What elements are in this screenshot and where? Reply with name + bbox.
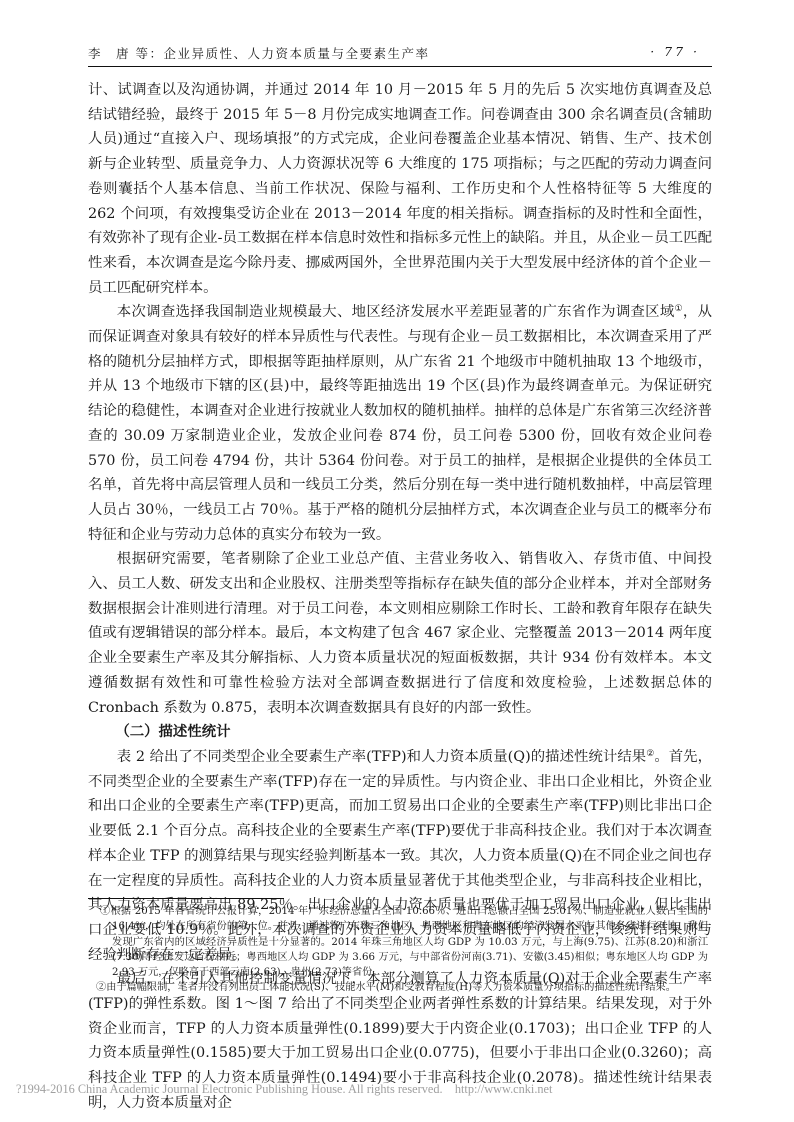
footnote-2: ②由于篇幅限制，笔者并没有列出员工体能状况(S)、技能水平(M)和受教育程度(H… [96, 980, 708, 995]
paragraph-sampling-lead: 本次调查选择我国制造业规模最大、地区经济发展水平差距显著的广东省作为调查区域 [117, 304, 675, 320]
page-number: · 77 · [650, 44, 700, 59]
cnki-link[interactable]: http://www.cnki.net [455, 1082, 553, 1096]
paragraph-descriptive-lead: 表 2 给出了不同类型企业全要素生产率(TFP)和人力资本质量(Q)的描述性统计… [117, 749, 646, 765]
footnote-rule [88, 898, 284, 899]
footnote-1: ①根据 2015 年各省统计公报计算，2014 年广东经济总量占全国 10.66… [100, 904, 708, 980]
footnote-1-marker: ① [100, 906, 110, 917]
paragraph-sampling-rest: ，从而保证调查对象具有较好的样本异质性与代表性。与现有企业－员工数据相比，本次调… [88, 304, 712, 542]
running-header: 李 唐 等：企业异质性、人力资本质量与全要素生产率 · 77 · [88, 44, 712, 64]
paragraph-sampling: 本次调查选择我国制造业规模最大、地区经济发展水平差距显著的广东省作为调查区域①，… [88, 300, 712, 547]
paragraph-survey-process: 计、试调查以及沟通协调，并通过 2014 年 10 月－2015 年 5 月的先… [88, 78, 712, 300]
footnote-1-text: 根据 2015 年各省统计公报计算，2014 年广东经济总量占全国 10.66％… [110, 906, 708, 978]
footnote-2-marker: ② [96, 982, 106, 993]
section-heading-descriptive-statistics: （二）描述性统计 [88, 720, 712, 745]
paragraph-data-cleaning: 根据研究需要，笔者剔除了企业工业总产值、主营业务收入、销售收入、存货市值、中间投… [88, 547, 712, 720]
copyright-footer: ?1994-2016 China Academic Journal Electr… [16, 1082, 552, 1097]
copyright-text: ?1994-2016 China Academic Journal Electr… [16, 1082, 443, 1096]
footnotes: ①根据 2015 年各省统计公报计算，2014 年广东经济总量占全国 10.66… [100, 904, 708, 996]
footnote-ref-1[interactable]: ① [675, 304, 683, 314]
header-rule [88, 66, 712, 67]
running-title: 李 唐 等：企业异质性、人力资本质量与全要素生产率 [88, 44, 429, 62]
footnote-2-text: 由于篇幅限制，笔者并没有列出员工体能状况(S)、技能水平(M)和受教育程度(H)… [106, 982, 676, 993]
